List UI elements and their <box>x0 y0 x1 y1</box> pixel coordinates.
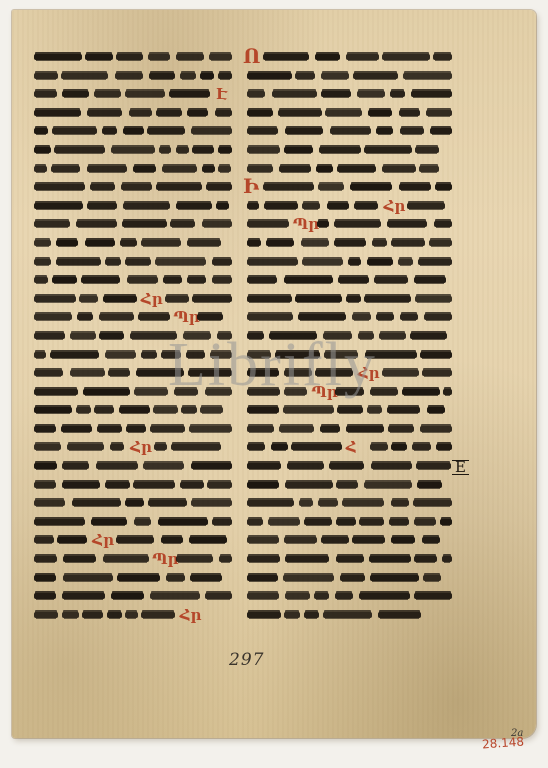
script-word <box>129 110 152 116</box>
script-word <box>295 73 314 79</box>
text-line <box>247 513 452 532</box>
script-word <box>336 519 355 525</box>
script-word <box>247 519 263 525</box>
script-word <box>387 407 420 413</box>
script-word <box>141 612 175 618</box>
script-word <box>34 333 65 339</box>
script-word <box>219 556 232 562</box>
script-word <box>34 352 46 358</box>
script-word <box>189 537 227 543</box>
script-word <box>247 407 279 413</box>
text-line <box>247 550 452 569</box>
script-word <box>298 314 346 320</box>
script-word <box>429 240 452 246</box>
script-word <box>120 240 137 246</box>
script-word <box>99 333 124 339</box>
script-word <box>191 128 232 134</box>
script-word <box>391 500 409 506</box>
script-word <box>440 519 452 525</box>
script-word <box>391 240 426 246</box>
text-line: Պր <box>34 550 232 569</box>
script-word <box>187 277 206 283</box>
text-line <box>34 67 232 86</box>
script-word <box>263 54 309 60</box>
script-word <box>370 444 388 450</box>
script-word <box>81 277 120 283</box>
script-word <box>34 259 51 265</box>
text-line <box>247 494 452 513</box>
script-word <box>418 259 452 265</box>
script-word <box>162 166 198 172</box>
script-word <box>34 612 58 618</box>
text-line <box>34 476 232 495</box>
text-line: Հր <box>34 438 232 457</box>
script-word <box>247 500 294 506</box>
script-word <box>105 482 130 488</box>
text-line <box>247 271 452 290</box>
script-word <box>304 519 331 525</box>
script-word <box>111 593 145 599</box>
script-word <box>399 110 420 116</box>
text-line: Ո <box>247 48 452 67</box>
script-word <box>34 519 85 525</box>
script-word <box>191 500 232 506</box>
script-word <box>34 370 63 376</box>
script-word <box>34 482 56 488</box>
script-word <box>51 166 80 172</box>
script-word <box>388 426 414 432</box>
script-word <box>247 221 289 227</box>
script-word <box>315 54 339 60</box>
script-word <box>165 296 189 302</box>
script-word <box>107 612 121 618</box>
script-word <box>61 426 92 432</box>
text-line <box>34 141 232 160</box>
script-word <box>266 240 294 246</box>
script-word <box>320 426 340 432</box>
script-word <box>340 575 365 581</box>
rubric-initial: Ի <box>243 174 259 198</box>
script-word <box>187 240 221 246</box>
text-line: Հր <box>34 531 232 550</box>
script-word <box>400 128 424 134</box>
script-word <box>379 333 406 339</box>
script-word <box>63 575 113 581</box>
script-word <box>52 128 97 134</box>
script-word <box>34 575 56 581</box>
script-word <box>301 240 329 246</box>
script-word <box>76 221 117 227</box>
script-word <box>156 184 202 190</box>
script-word <box>247 296 292 302</box>
script-word <box>103 296 137 302</box>
script-word <box>79 296 97 302</box>
script-word <box>202 221 232 227</box>
rubric-mark: Հր <box>180 607 202 623</box>
script-word <box>138 314 170 320</box>
script-word <box>247 73 292 79</box>
script-word <box>200 407 223 413</box>
script-word <box>424 314 452 320</box>
script-word <box>34 463 57 469</box>
script-word <box>34 184 85 190</box>
script-word <box>414 556 437 562</box>
script-word <box>378 612 421 618</box>
script-word <box>62 91 90 97</box>
script-word <box>302 203 320 209</box>
script-word <box>318 184 344 190</box>
script-word <box>123 128 144 134</box>
script-word <box>34 556 57 562</box>
rubric-mark: Հր <box>130 439 152 455</box>
text-line: Հր <box>34 606 232 625</box>
script-word <box>352 314 371 320</box>
script-word <box>302 259 342 265</box>
script-word <box>103 556 149 562</box>
script-word <box>34 296 76 302</box>
script-word <box>54 147 105 153</box>
script-word <box>171 444 221 450</box>
script-word <box>133 482 175 488</box>
script-word <box>181 407 197 413</box>
script-word <box>357 91 385 97</box>
script-word <box>247 128 278 134</box>
script-word <box>87 203 117 209</box>
script-word <box>284 277 333 283</box>
script-word <box>426 110 452 116</box>
script-word <box>423 575 442 581</box>
script-word <box>189 426 232 432</box>
script-word <box>350 184 391 190</box>
script-word <box>141 352 157 358</box>
script-word <box>399 184 432 190</box>
script-word <box>216 203 229 209</box>
script-word <box>200 73 214 79</box>
text-line <box>34 253 232 272</box>
script-word <box>247 537 279 543</box>
script-word <box>159 147 171 153</box>
text-line <box>247 290 452 309</box>
text-line <box>34 122 232 141</box>
script-word <box>176 54 204 60</box>
text-line <box>247 234 452 253</box>
script-word <box>212 519 232 525</box>
script-word <box>398 259 413 265</box>
script-word <box>335 593 353 599</box>
script-word <box>62 612 79 618</box>
script-word <box>415 147 438 153</box>
script-word <box>321 73 349 79</box>
script-word <box>134 519 151 525</box>
script-word <box>271 444 287 450</box>
script-word <box>70 370 105 376</box>
script-word <box>85 240 116 246</box>
script-word <box>133 166 157 172</box>
text-line <box>34 494 232 513</box>
script-word <box>102 128 117 134</box>
script-word <box>94 407 114 413</box>
script-word <box>314 593 329 599</box>
script-word <box>422 537 441 543</box>
script-word <box>34 203 83 209</box>
script-word <box>318 500 338 506</box>
script-word <box>52 277 78 283</box>
script-word <box>111 147 155 153</box>
script-word <box>342 500 384 506</box>
script-word <box>247 612 281 618</box>
script-word <box>247 426 274 432</box>
script-word <box>218 73 232 79</box>
script-word <box>187 110 208 116</box>
script-word <box>419 166 439 172</box>
script-word <box>352 537 385 543</box>
script-word <box>180 482 204 488</box>
script-word <box>34 147 51 153</box>
script-word <box>319 147 361 153</box>
rubric-mark: Պր <box>293 216 319 232</box>
script-word <box>337 407 363 413</box>
script-word <box>299 500 312 506</box>
script-word <box>247 314 293 320</box>
script-word <box>57 537 87 543</box>
script-word <box>247 575 278 581</box>
script-word <box>247 277 277 283</box>
text-line <box>34 271 232 290</box>
text-line <box>247 457 452 476</box>
script-word <box>34 240 51 246</box>
text-line <box>34 215 232 234</box>
script-word <box>115 73 144 79</box>
script-word <box>34 389 78 395</box>
script-word <box>412 444 431 450</box>
text-line <box>34 178 232 197</box>
script-word <box>169 91 210 97</box>
script-word <box>316 166 333 172</box>
script-word <box>391 537 415 543</box>
text-line <box>34 513 232 532</box>
text-line <box>34 234 232 253</box>
script-word <box>97 426 121 432</box>
watermark: Librifly <box>168 330 377 401</box>
script-word <box>371 463 413 469</box>
rubric-mark: Հր <box>141 291 163 307</box>
script-word <box>436 444 452 450</box>
script-word <box>212 277 232 283</box>
text-line <box>247 160 452 179</box>
script-word <box>247 444 265 450</box>
script-word <box>70 333 95 339</box>
rubric-mark: Պր <box>173 309 199 325</box>
script-word <box>443 389 452 395</box>
script-word <box>62 482 100 488</box>
script-word <box>34 444 61 450</box>
script-word <box>150 426 185 432</box>
script-word <box>279 166 310 172</box>
script-word <box>411 91 452 97</box>
script-word <box>353 73 399 79</box>
script-word <box>247 482 279 488</box>
script-word <box>34 407 72 413</box>
script-word <box>435 184 452 190</box>
script-word <box>34 426 56 432</box>
text-line: Հր <box>34 290 232 309</box>
script-word <box>433 54 452 60</box>
script-word <box>34 73 58 79</box>
script-word <box>414 519 436 525</box>
script-word <box>295 296 341 302</box>
script-word <box>192 296 232 302</box>
script-word <box>370 575 418 581</box>
script-word <box>417 482 441 488</box>
script-word <box>176 203 211 209</box>
script-word <box>367 259 393 265</box>
script-word <box>105 352 137 358</box>
script-word <box>123 203 170 209</box>
script-word <box>338 277 370 283</box>
script-word <box>212 259 232 265</box>
script-word <box>382 370 420 376</box>
script-word <box>346 296 361 302</box>
script-word <box>247 593 279 599</box>
script-word <box>369 556 411 562</box>
script-word <box>34 593 56 599</box>
script-word <box>192 147 214 153</box>
rubric-mark: Է <box>216 86 227 102</box>
text-line <box>247 308 452 327</box>
script-word <box>154 444 167 450</box>
script-word <box>415 296 452 302</box>
text-line: Հր <box>247 197 452 216</box>
script-word <box>176 556 213 562</box>
margin-mark: E <box>452 460 469 475</box>
script-word <box>72 500 121 506</box>
script-word <box>348 259 361 265</box>
text-line: Հ <box>247 438 452 457</box>
script-word <box>389 519 409 525</box>
script-word <box>287 463 325 469</box>
script-word <box>420 426 452 432</box>
script-word <box>116 537 154 543</box>
rubric-mark: Հր <box>92 532 114 548</box>
script-word <box>83 389 130 395</box>
script-word <box>317 221 330 227</box>
script-word <box>359 519 384 525</box>
script-word <box>209 54 232 60</box>
text-line: Ի <box>247 178 452 197</box>
script-word <box>126 426 146 432</box>
script-word <box>156 110 182 116</box>
script-word <box>414 593 452 599</box>
text-line <box>247 569 452 588</box>
script-word <box>329 463 364 469</box>
script-word <box>285 482 333 488</box>
script-word <box>143 463 184 469</box>
text-line <box>247 67 452 86</box>
script-word <box>34 314 72 320</box>
script-word <box>325 110 362 116</box>
script-word <box>321 91 351 97</box>
script-word <box>346 426 384 432</box>
text-line <box>34 457 232 476</box>
script-word <box>337 166 376 172</box>
script-word <box>391 444 406 450</box>
script-word <box>285 128 323 134</box>
script-word <box>166 575 184 581</box>
script-word <box>247 91 265 97</box>
script-word <box>150 593 200 599</box>
script-word <box>434 221 452 227</box>
text-line: Պր <box>247 215 452 234</box>
script-word <box>91 519 127 525</box>
script-word <box>284 537 317 543</box>
script-word <box>206 184 232 190</box>
script-word <box>119 407 150 413</box>
script-word <box>96 463 137 469</box>
script-word <box>304 612 320 618</box>
script-word <box>416 463 451 469</box>
script-word <box>330 128 371 134</box>
script-word <box>148 54 169 60</box>
script-word <box>34 537 54 543</box>
script-word <box>247 147 280 153</box>
rubric-initial: Ո <box>243 44 260 68</box>
script-word <box>34 91 57 97</box>
script-word <box>82 612 103 618</box>
script-word <box>170 221 195 227</box>
script-word <box>116 54 143 60</box>
script-word <box>390 91 405 97</box>
script-word <box>85 54 113 60</box>
text-line <box>247 531 452 550</box>
script-word <box>291 444 341 450</box>
text-line <box>247 420 452 439</box>
script-word <box>323 612 371 618</box>
script-word <box>176 147 189 153</box>
script-word <box>285 556 329 562</box>
script-word <box>67 444 105 450</box>
script-word <box>117 575 160 581</box>
text-line <box>247 401 452 420</box>
script-word <box>382 54 430 60</box>
script-word <box>376 314 393 320</box>
script-word <box>87 166 127 172</box>
script-word <box>247 166 273 172</box>
script-word <box>354 203 378 209</box>
script-word <box>247 203 259 209</box>
text-line <box>34 104 232 123</box>
script-word <box>110 444 124 450</box>
script-word <box>420 352 452 358</box>
script-word <box>427 407 445 413</box>
script-word <box>155 259 206 265</box>
script-word <box>247 259 298 265</box>
script-word <box>122 221 167 227</box>
script-word <box>218 147 232 153</box>
text-line <box>247 85 452 104</box>
folio-number: 297 <box>229 650 264 670</box>
script-word <box>87 110 123 116</box>
script-word <box>382 166 416 172</box>
text-line <box>34 160 232 179</box>
script-word <box>283 575 334 581</box>
script-word <box>121 184 152 190</box>
script-word <box>336 556 364 562</box>
script-word <box>364 296 411 302</box>
script-word <box>263 184 314 190</box>
script-word <box>34 166 47 172</box>
script-word <box>387 221 427 227</box>
script-word <box>62 463 90 469</box>
